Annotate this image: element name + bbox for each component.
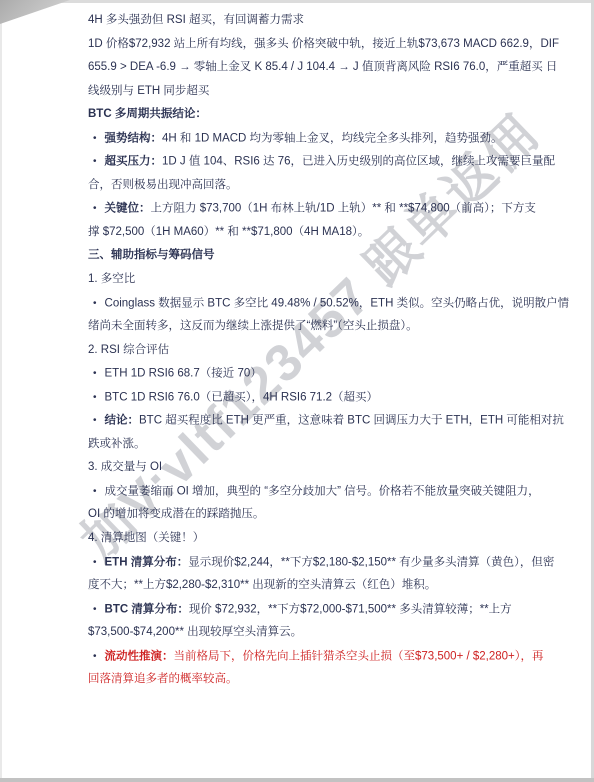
text-segment: 3. 成交量与 OI xyxy=(88,461,162,473)
text-line: 3. 成交量与 OI xyxy=(88,456,558,480)
text-segment: 绪尚未全面转多，这反而为继续上涨提供了“燃料”（空头止损盘）。 xyxy=(88,320,418,332)
bullet-icon: • xyxy=(93,197,97,221)
text-line: 2. RSI 综合评估 xyxy=(88,339,558,363)
text-segment: 强势结构： xyxy=(105,132,163,144)
text-segment: 结论： xyxy=(105,415,140,427)
text-line: 4H 多头强劲但 RSI 超买，有回调蓄力需求 xyxy=(88,9,558,33)
text-segment: 4. 清算地图（关键！） xyxy=(88,532,204,544)
text-segment: BTC 超买程度比 ETH 更严重，这意味着 BTC 回调压力大于 ETH，ET… xyxy=(139,415,564,427)
text-line: •ETH 清算分布：显示现价$2,244，**下方$2,180-$2,150**… xyxy=(88,551,558,575)
text-line: BTC 多周期共振结论： xyxy=(88,103,558,127)
document-body-text: 4H 多头强劲但 RSI 超买，有回调蓄力需求1D 价格$72,932 站上所有… xyxy=(88,9,558,692)
text-line: 绪尚未全面转多，这反而为继续上涨提供了“燃料”（空头止损盘）。 xyxy=(88,315,558,339)
text-line: 回落清算追多者的概率较高。 xyxy=(88,668,558,692)
text-segment: 合，否则极易出现冲高回落。 xyxy=(88,179,238,191)
text-segment: BTC 清算分布： xyxy=(105,603,189,615)
text-segment: OI 的增加将变成潜在的踩踏抛压。 xyxy=(88,508,264,520)
text-segment: 三、辅助指标与筹码信号 xyxy=(88,249,215,261)
text-line: •成交量萎缩而 OI 增加，典型的 “多空分歧加大” 信号。价格若不能放量突破关… xyxy=(88,480,558,504)
text-segment: 4H 和 1D MACD 均为零轴上金叉，均线完全多头排列，趋势强劲。 xyxy=(162,132,503,144)
text-line: •关键位：上方阻力 $73,700（1H 布林上轨/1D 上轨）** 和 **$… xyxy=(88,197,558,221)
text-line: 撑 $72,500（1H MA60）** 和 **$71,800（4H MA18… xyxy=(88,221,558,245)
text-line: •超买压力：1D J 值 104、RSI6 达 76，已进入历史级别的高位区域，… xyxy=(88,150,558,174)
text-segment: 跌或补涨。 xyxy=(88,438,146,450)
text-segment: 1D 价格$72,932 站上所有均线，强多头 价格突破中轨，接近上轨$73,6… xyxy=(88,38,559,50)
text-segment: 撑 $72,500（1H MA60）** 和 **$71,800（4H MA18… xyxy=(88,226,369,238)
text-line: 1. 多空比 xyxy=(88,268,558,292)
page-corner-shadow xyxy=(0,0,70,24)
text-segment: 1. 多空比 xyxy=(88,273,135,285)
text-segment: 现价 $72,932，**下方$72,000-$71,500** 多头清算较薄；… xyxy=(189,603,512,615)
text-line: •结论：BTC 超买程度比 ETH 更严重，这意味着 BTC 回调压力大于 ET… xyxy=(88,409,558,433)
text-segment: BTC 1D RSI6 76.0（已超买），4H RSI6 71.2（超买） xyxy=(105,391,379,403)
text-line: 线级别与 ETH 同步超买 xyxy=(88,80,558,104)
bullet-icon: • xyxy=(93,645,97,669)
text-segment: 关键位： xyxy=(105,203,151,215)
bullet-icon: • xyxy=(93,480,97,504)
text-segment: 上方阻力 $73,700（1H 布林上轨/1D 上轨）** 和 **$74,80… xyxy=(151,203,536,215)
text-segment: 显示现价$2,244，**下方$2,180-$2,150** 有少量多头清算（黄… xyxy=(188,556,554,568)
text-line: 合，否则极易出现冲高回落。 xyxy=(88,174,558,198)
bullet-icon: • xyxy=(93,362,97,386)
page-edge-top xyxy=(0,0,594,3)
text-segment: 回落清算追多者的概率较高。 xyxy=(88,673,238,685)
document-page: 加V:vltf123457 跟单返佣 4H 多头强劲但 RSI 超买，有回调蓄力… xyxy=(0,0,594,782)
text-segment: ETH 清算分布： xyxy=(105,556,189,568)
text-segment: $73,500-$74,200** 出现较厚空头清算云。 xyxy=(88,626,302,638)
text-line: •BTC 1D RSI6 76.0（已超买），4H RSI6 71.2（超买） xyxy=(88,386,558,410)
text-line: OI 的增加将变成潜在的踩踏抛压。 xyxy=(88,503,558,527)
text-line: 三、辅助指标与筹码信号 xyxy=(88,244,558,268)
page-edge-bottom xyxy=(0,778,594,782)
text-line: •Coinglass 数据显示 BTC 多空比 49.48% / 50.52%，… xyxy=(88,292,558,316)
text-line: •流动性推演：当前格局下，价格先向上插针猎杀空头止损（至$73,500+ / $… xyxy=(88,645,558,669)
text-segment: ETH 1D RSI6 68.7（接近 70） xyxy=(105,368,262,380)
text-segment: 655.9 > DEA -6.9 → 零轴上金叉 K 85.4 / J 104.… xyxy=(88,61,557,73)
bullet-icon: • xyxy=(93,292,97,316)
text-segment: BTC 多周期共振结论： xyxy=(88,108,207,120)
text-segment: 2. RSI 综合评估 xyxy=(88,344,169,356)
bullet-icon: • xyxy=(93,127,97,151)
text-line: •BTC 清算分布：现价 $72,932，**下方$72,000-$71,500… xyxy=(88,598,558,622)
text-line: $73,500-$74,200** 出现较厚空头清算云。 xyxy=(88,621,558,645)
text-segment: 4H 多头强劲但 RSI 超买，有回调蓄力需求 xyxy=(88,14,304,26)
bullet-icon: • xyxy=(93,150,97,174)
text-segment: 成交量萎缩而 OI 增加，典型的 “多空分歧加大” 信号。价格若不能放量突破关键… xyxy=(105,485,540,497)
text-segment: 线级别与 ETH 同步超买 xyxy=(88,85,209,97)
text-line: •ETH 1D RSI6 68.7（接近 70） xyxy=(88,362,558,386)
text-segment: 度不大；**上方$2,280-$2,310** 出现新的空头清算云（红色）堆积。 xyxy=(88,579,436,591)
text-segment: Coinglass 数据显示 BTC 多空比 49.48% / 50.52%，E… xyxy=(105,297,570,309)
text-line: 4. 清算地图（关键！） xyxy=(88,527,558,551)
text-line: 度不大；**上方$2,280-$2,310** 出现新的空头清算云（红色）堆积。 xyxy=(88,574,558,598)
bullet-icon: • xyxy=(93,598,97,622)
text-segment: 流动性推演： xyxy=(105,650,174,662)
text-segment: 1D J 值 104、RSI6 达 76，已进入历史级别的高位区域，继续上攻需要… xyxy=(162,156,555,168)
text-line: •强势结构：4H 和 1D MACD 均为零轴上金叉，均线完全多头排列，趋势强劲… xyxy=(88,127,558,151)
text-segment: 超买压力： xyxy=(105,156,163,168)
text-line: 跌或补涨。 xyxy=(88,433,558,457)
text-line: 1D 价格$72,932 站上所有均线，强多头 价格突破中轨，接近上轨$73,6… xyxy=(88,33,558,57)
bullet-icon: • xyxy=(93,386,97,410)
bullet-icon: • xyxy=(93,409,97,433)
bullet-icon: • xyxy=(93,551,97,575)
page-edge-left xyxy=(0,0,2,782)
text-segment: 当前格局下，价格先向上插针猎杀空头止损（至$73,500+ / $2,280+）… xyxy=(174,650,544,662)
text-line: 655.9 > DEA -6.9 → 零轴上金叉 K 85.4 / J 104.… xyxy=(88,56,558,80)
